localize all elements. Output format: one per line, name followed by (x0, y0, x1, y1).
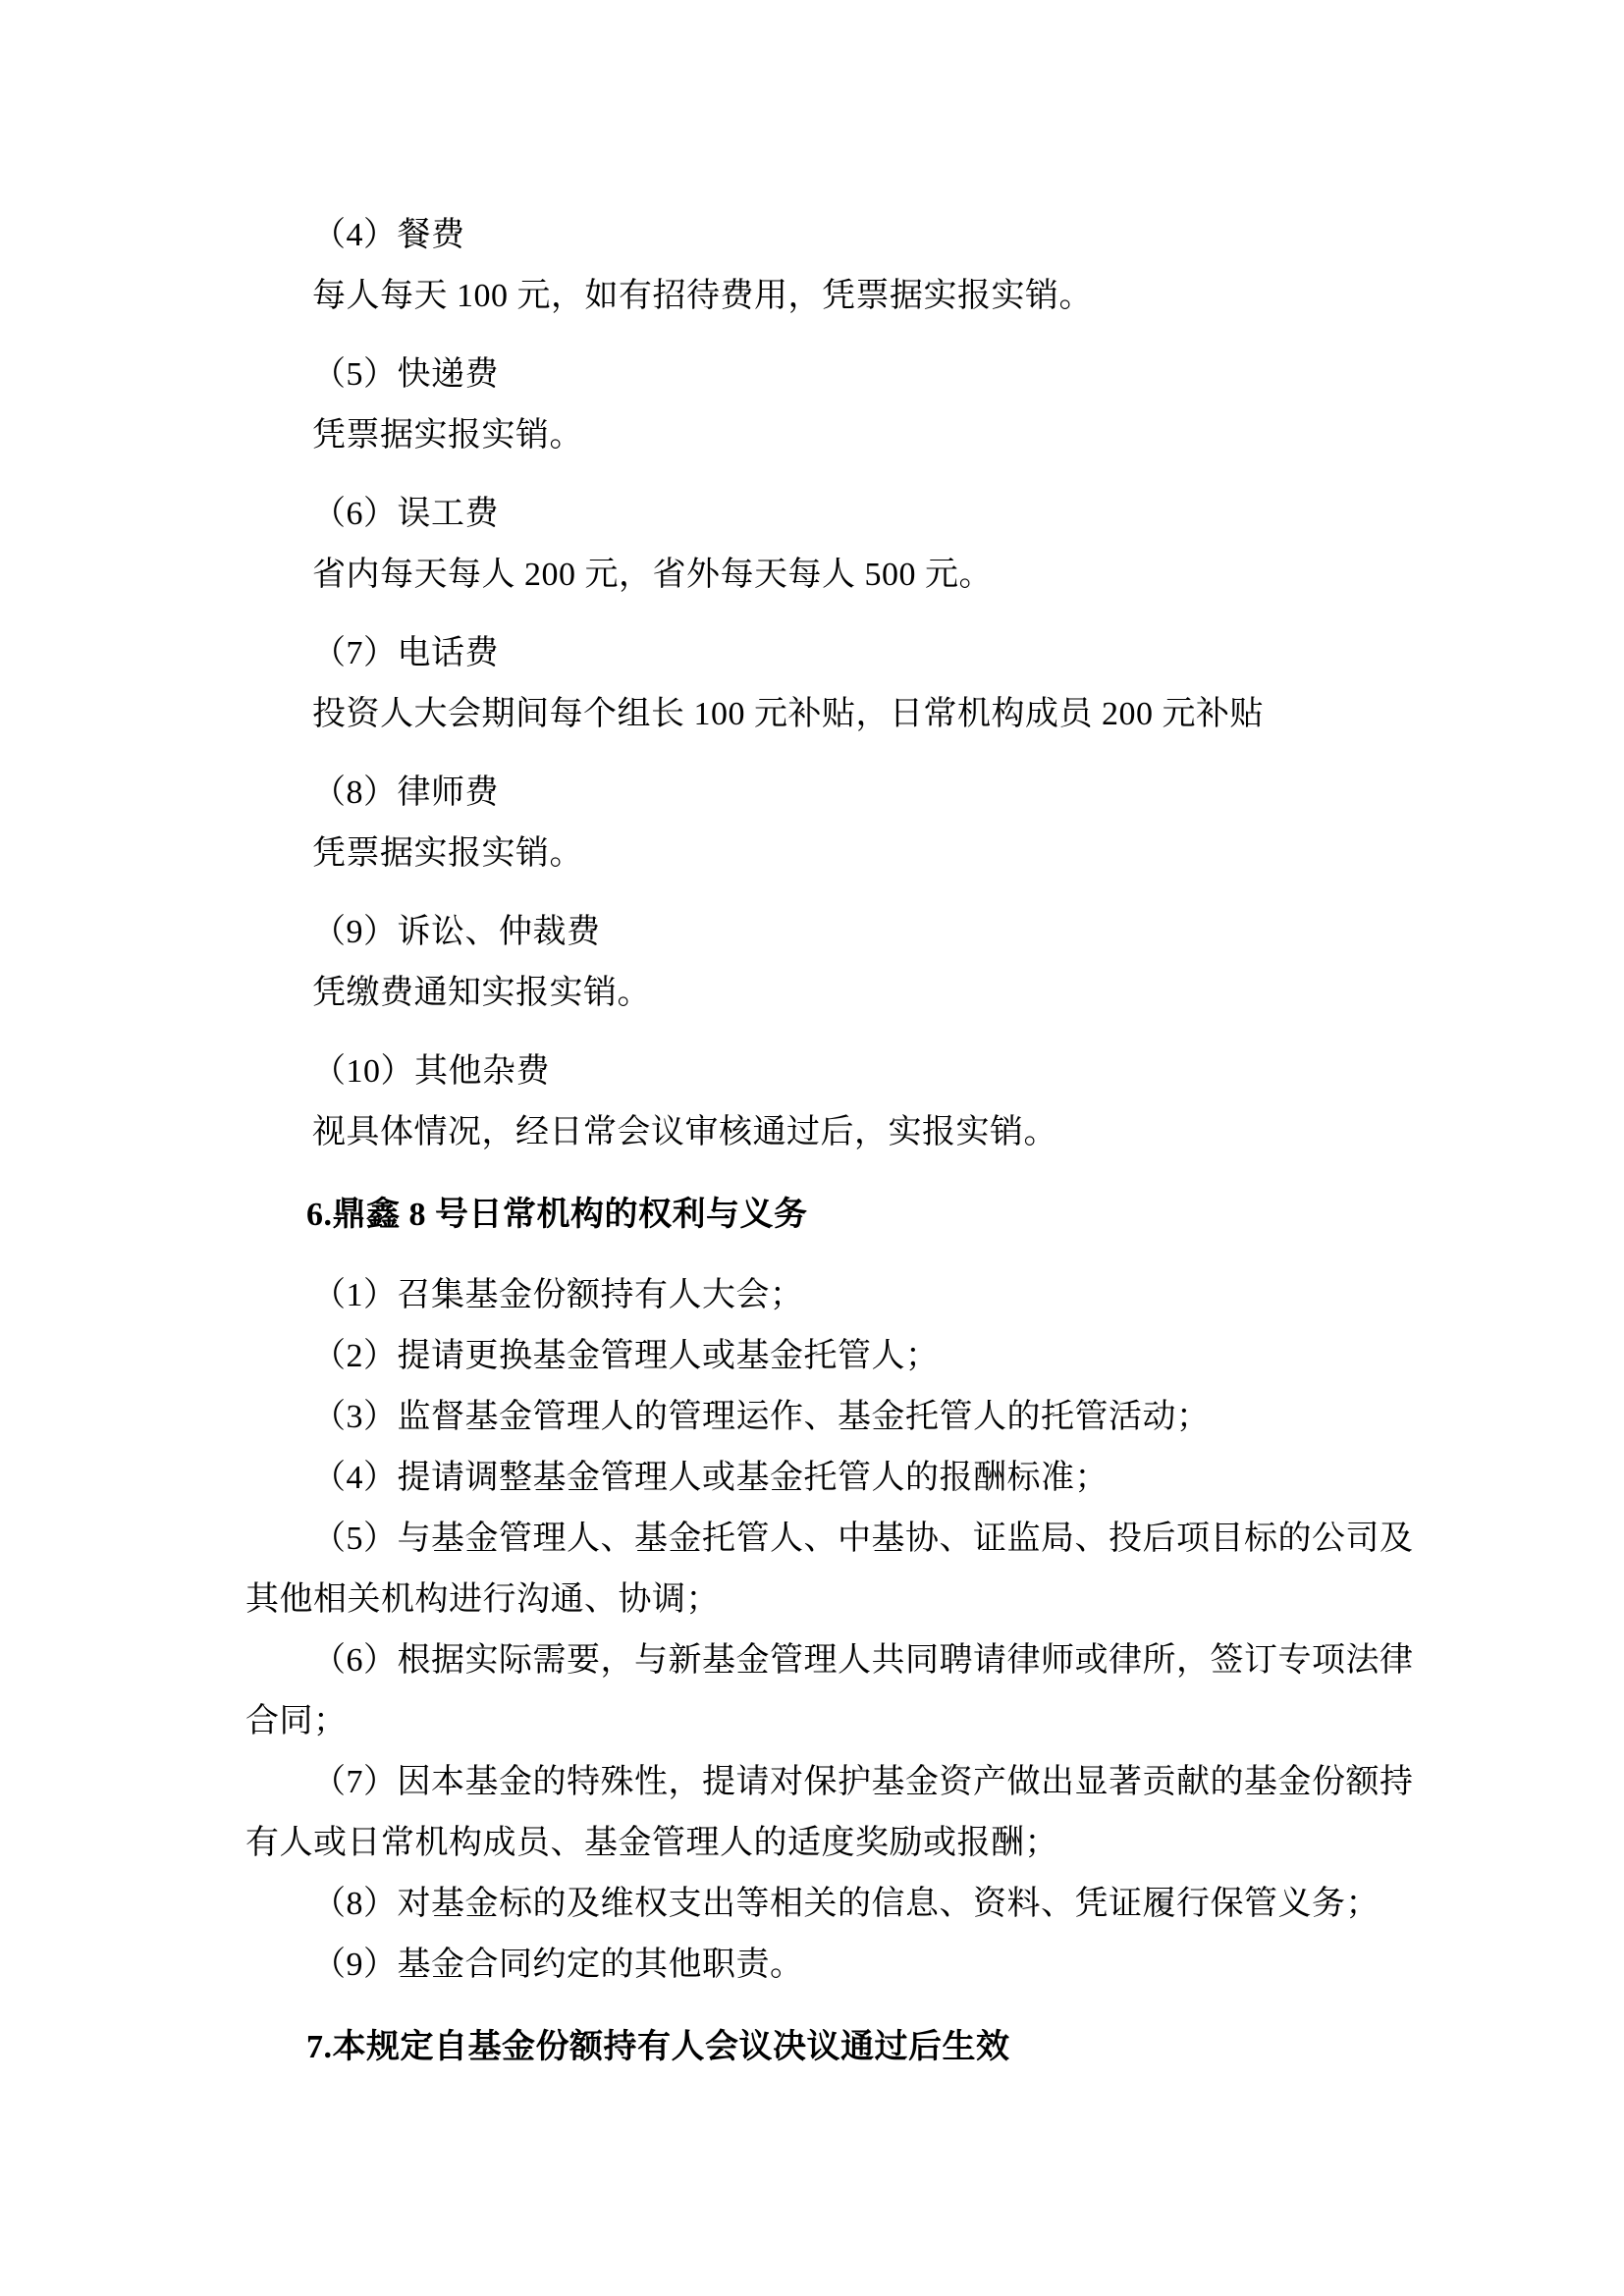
duty-item-3: （3）监督基金管理人的管理运作、基金托管人的托管活动； (245, 1387, 1378, 1448)
expense-item-7-body: 投资人大会期间每个组长 100 元补贴，日常机构成员 200 元补贴 (245, 684, 1378, 745)
expense-item-9-heading: （9）诉讼、仲裁费 (245, 902, 1378, 963)
duty-item-4: （4）提请调整基金管理人或基金托管人的报酬标准； (245, 1448, 1378, 1509)
expense-item-7-heading: （7）电话费 (245, 623, 1378, 684)
document-body: （4）餐费每人每天 100 元，如有招待费用，凭票据实报实销。（5）快递费凭票据… (245, 205, 1378, 2078)
section-6-heading: 6.鼎鑫 8 号日常机构的权利与义务 (245, 1185, 1378, 1246)
duty-item-7: （7）因本基金的特殊性，提请对保护基金资产做出显著贡献的基金份额持 (245, 1752, 1378, 1813)
section-7-heading: 7.本规定自基金份额持有人会议决议通过后生效 (245, 2017, 1378, 2078)
duty-item-6: （6）根据实际需要，与新基金管理人共同聘请律师或律所，签订专项法律 (245, 1630, 1378, 1691)
expense-item-10-heading: （10）其他杂费 (245, 1041, 1378, 1102)
expense-item-10-body: 视具体情况，经日常会议审核通过后，实报实销。 (245, 1102, 1378, 1163)
expense-item-4-heading: （4）餐费 (245, 205, 1378, 266)
expense-item-9-body: 凭缴费通知实报实销。 (245, 963, 1378, 1024)
expense-item-5-heading: （5）快递费 (245, 345, 1378, 405)
duty-item-6-continuation: 合同； (245, 1691, 1378, 1752)
duty-item-5-continuation: 其他相关机构进行沟通、协调； (245, 1570, 1378, 1630)
duty-item-7-continuation: 有人或日常机构成员、基金管理人的适度奖励或报酬； (245, 1813, 1378, 1874)
duty-item-9: （9）基金合同约定的其他职责。 (245, 1935, 1378, 1996)
duty-item-1: （1）召集基金份额持有人大会； (245, 1265, 1378, 1326)
duty-item-5: （5）与基金管理人、基金托管人、中基协、证监局、投后项目标的公司及 (245, 1509, 1378, 1570)
expense-item-8-body: 凭票据实报实销。 (245, 824, 1378, 884)
duty-item-2: （2）提请更换基金管理人或基金托管人； (245, 1326, 1378, 1387)
expense-item-8-heading: （8）律师费 (245, 763, 1378, 824)
expense-item-6-body: 省内每天每人 200 元，省外每天每人 500 元。 (245, 545, 1378, 606)
document-page: （4）餐费每人每天 100 元，如有招待费用，凭票据实报实销。（5）快递费凭票据… (0, 0, 1624, 2296)
duty-item-8: （8）对基金标的及维权支出等相关的信息、资料、凭证履行保管义务； (245, 1874, 1378, 1935)
expense-item-4-body: 每人每天 100 元，如有招待费用，凭票据实报实销。 (245, 266, 1378, 327)
expense-item-6-heading: （6）误工费 (245, 484, 1378, 545)
expense-item-5-body: 凭票据实报实销。 (245, 405, 1378, 466)
